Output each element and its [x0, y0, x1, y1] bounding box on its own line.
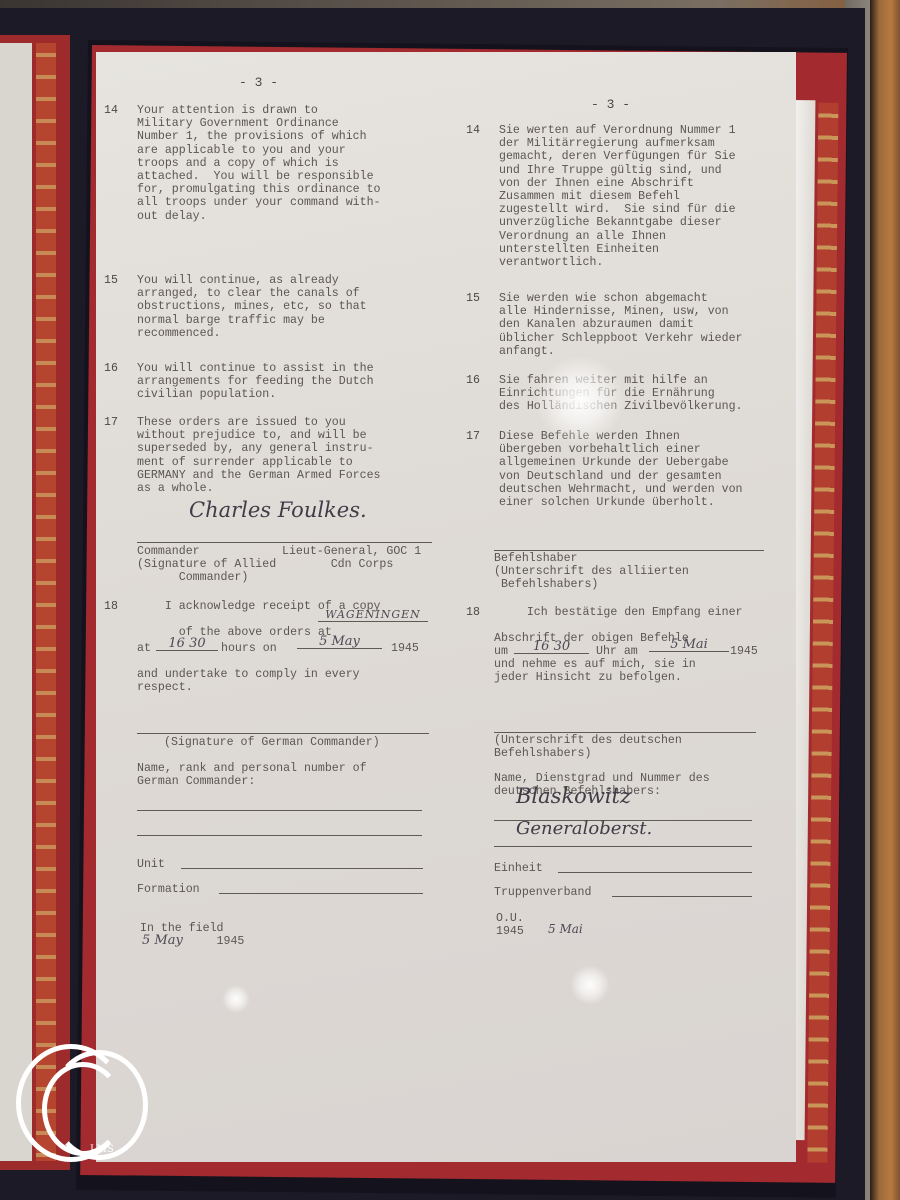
allied-signature-label: Commander (Signature of Allied Commander… [137, 545, 276, 585]
de-paragraph-15: 15 Sie werden wie schon abgemacht alle H… [466, 292, 508, 345]
paragraph-number: 15 [466, 292, 480, 305]
en-paragraph-16: 16 You will continue to assist in the ar… [104, 362, 146, 415]
allied-commander-signature: Charles Foulkes. [189, 504, 367, 517]
previous-page-paper [0, 43, 32, 1161]
unit-line [181, 868, 423, 869]
german-commander-rank-handwritten: Generaloberst. [516, 822, 652, 835]
truppenverband-label: Truppenverband [494, 886, 591, 899]
en-paragraph-14: 14 Your attention is drawn to Military G… [104, 104, 146, 157]
name-line-2-german [494, 846, 752, 847]
name-line-1 [137, 810, 422, 811]
time-field-german: 16 30 [514, 640, 589, 654]
paragraph-text: Diese Befehle werden Ihnen übergeben vor… [499, 430, 743, 509]
date-field-german: 5 Mai [649, 638, 729, 652]
german-signature-label-german: (Unterschrift des deutschen Befehlshaber… [494, 734, 682, 760]
time-field: 16 30 [156, 637, 218, 651]
place-date-handwritten-german: 5 Mai [548, 923, 583, 936]
year-label: 1945 [391, 642, 419, 655]
german-signature-line [137, 733, 429, 734]
paragraph-number: 14 [466, 124, 480, 137]
paragraph-text: Sie werten auf Verordnung Nummer 1 der M… [499, 124, 736, 269]
previous-page-fragment [0, 35, 70, 1170]
paragraph-text: Your attention is drawn to Military Gove… [137, 104, 381, 223]
acknowledgement-line-4: and undertake to comply in every respect… [137, 668, 360, 694]
paragraph-text: You will continue to assist in the arran… [137, 362, 374, 402]
um-label: um [494, 645, 508, 658]
german-signature-line-german [494, 732, 756, 733]
document-page: - 3 - 14 Your attention is drawn to Mili… [96, 52, 796, 1162]
allied-signature-line-german [494, 550, 764, 551]
unit-label: Unit [137, 858, 165, 871]
name-line-2 [137, 835, 422, 836]
paragraph-number: 16 [104, 362, 118, 375]
en-paragraph-17: 17 These orders are issued to you withou… [104, 416, 146, 469]
acknowledgement-line-1: Ich bestätige den Empfang einer [499, 606, 743, 619]
paragraph-number: 18 [104, 600, 118, 613]
place-date-handwritten: 5 May [142, 934, 183, 947]
german-commander-name-signature: Blaskowitz [516, 790, 631, 803]
de-paragraph-16: 16 Sie fahren weiter mit hilfe an Einric… [466, 374, 508, 427]
en-paragraph-15: 15 You will continue, as already arrange… [104, 274, 146, 327]
page-number-german: - 3 - [591, 98, 630, 111]
allied-signature-label-german: Befehlshaber (Unterschrift des alliierte… [494, 552, 689, 592]
previous-page-red-border [36, 43, 56, 1161]
allied-signature-line [137, 542, 432, 543]
paragraph-number: 18 [466, 606, 480, 619]
year-label-german: 1945 [730, 645, 758, 658]
formation-line [219, 893, 423, 894]
de-paragraph-17: 17 Diese Befehle werden Ihnen übergeben … [466, 430, 508, 483]
allied-rank-label: Lieut-General, GOC 1 Cdn Corps [282, 545, 421, 571]
page-number: - 3 - [239, 76, 278, 89]
glass-glare [222, 985, 250, 1013]
paragraph-number: 17 [466, 430, 480, 443]
paragraph-number: 17 [104, 416, 118, 429]
paragraph-text: These orders are issued to you without p… [137, 416, 381, 495]
acknowledgement-line-4-german: und nehme es auf mich, sie in jeder Hins… [494, 658, 696, 684]
einheit-line [558, 872, 752, 873]
uhr-am-label: Uhr am [596, 645, 638, 658]
glass-glare [535, 355, 625, 445]
glass-glare [570, 965, 610, 1005]
paragraph-text: You will continue, as already arranged, … [137, 274, 367, 340]
truppenverband-line [612, 896, 752, 897]
logo-text: LMS [90, 1144, 114, 1155]
paragraph-number: 16 [466, 374, 480, 387]
paragraph-number: 14 [104, 104, 118, 117]
lms-watermark-logo: LMS [10, 1040, 140, 1160]
name-rank-label: Name, rank and personal number of German… [137, 762, 367, 788]
paragraph-number: 15 [104, 274, 118, 287]
place-date-typed-german: O.U. 1945 [496, 912, 524, 938]
de-paragraph-14: 14 Sie werten auf Verordnung Nummer 1 de… [466, 124, 508, 177]
at-label: at [137, 642, 151, 655]
formation-label: Formation [137, 883, 200, 896]
german-signature-label: (Signature of German Commander) [164, 736, 380, 749]
date-field: 5 May [297, 635, 382, 649]
hours-on-label: hours on [221, 642, 277, 655]
einheit-label: Einheit [494, 862, 543, 875]
wood-frame [870, 0, 900, 1200]
paragraph-text: Sie werden wie schon abgemacht alle Hind… [499, 292, 743, 358]
place-field: WAGENINGEN [318, 608, 428, 622]
